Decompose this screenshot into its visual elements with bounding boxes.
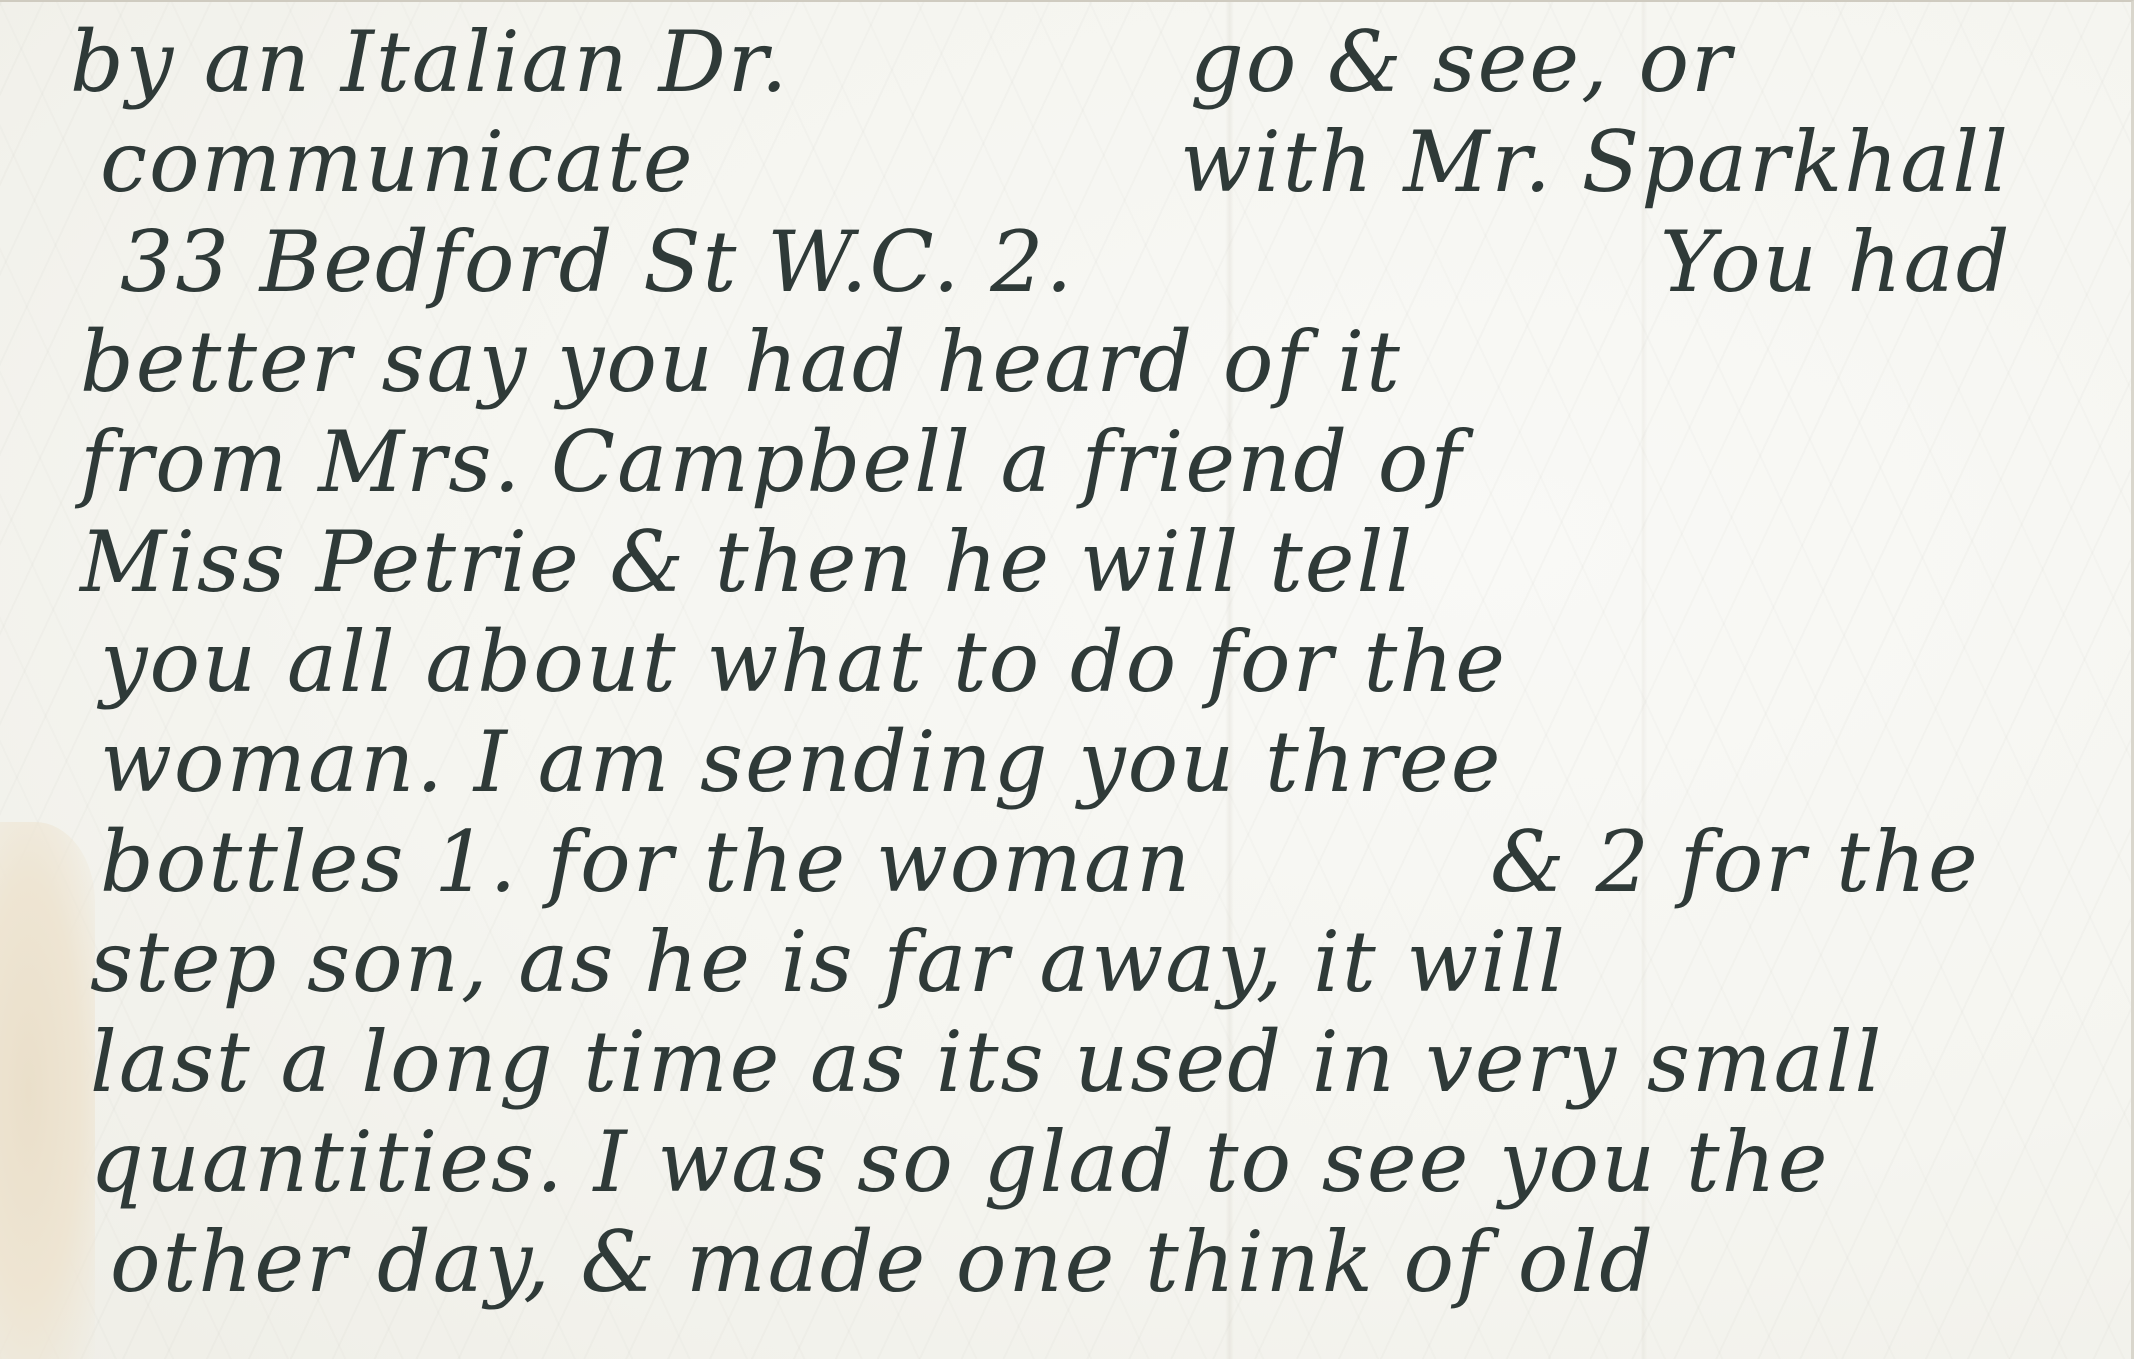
- text-line-1-right: go & see, or: [1190, 12, 1733, 112]
- text-line-5: from Mrs. Campbell a friend of: [70, 412, 2100, 512]
- text-line-8-left: woman. I am sending you three: [100, 712, 1502, 812]
- letter-page: by an Italian Dr. go & see, or communica…: [0, 0, 2134, 1359]
- text-line-6-left: Miss Petrie & then he will tell: [80, 512, 1414, 612]
- text-line-7: you all about what to do for the: [70, 612, 2100, 712]
- text-line-10: step son, as he is far away, it will: [70, 912, 2100, 1012]
- text-line-13-left: other day, & made one think of old: [110, 1212, 1655, 1312]
- text-line-9: bottles 1. for the woman & 2 for the: [70, 812, 2100, 912]
- handwritten-text: by an Italian Dr. go & see, or communica…: [70, 12, 2100, 1312]
- text-line-13: other day, & made one think of old: [70, 1212, 2100, 1312]
- text-line-1: by an Italian Dr. go & see, or: [70, 12, 2100, 112]
- text-line-3-right: You had: [1660, 212, 2011, 312]
- text-line-7-left: you all about what to do for the: [100, 612, 1507, 712]
- text-line-10-left: step son, as he is far away, it will: [90, 912, 1567, 1012]
- text-line-1-left: by an Italian Dr.: [70, 12, 789, 112]
- text-line-2-left: communicate: [100, 112, 695, 212]
- text-line-12: quantities. I was so glad to see you the: [70, 1112, 2100, 1212]
- text-line-5-left: from Mrs. Campbell a friend of: [80, 412, 1463, 512]
- text-line-9-left: bottles 1. for the woman: [100, 812, 1192, 912]
- text-line-11-left: last a long time as its used in very sma…: [90, 1012, 1883, 1112]
- text-line-8: woman. I am sending you three: [70, 712, 2100, 812]
- text-line-2-right: with Mr. Sparkhall: [1180, 112, 2010, 212]
- text-line-3: 33 Bedford St W.C. 2. You had: [70, 212, 2100, 312]
- text-line-6: Miss Petrie & then he will tell: [70, 512, 2100, 612]
- text-line-4-left: better say you had heard of it: [80, 312, 1402, 412]
- text-line-9-right: & 2 for the: [1490, 812, 1980, 912]
- text-line-3-left: 33 Bedford St W.C. 2.: [120, 212, 1074, 312]
- text-line-2: communicate with Mr. Sparkhall: [70, 112, 2100, 212]
- text-line-12-left: quantities. I was so glad to see you the: [90, 1112, 1829, 1212]
- text-line-4: better say you had heard of it: [70, 312, 2100, 412]
- text-line-11: last a long time as its used in very sma…: [70, 1012, 2100, 1112]
